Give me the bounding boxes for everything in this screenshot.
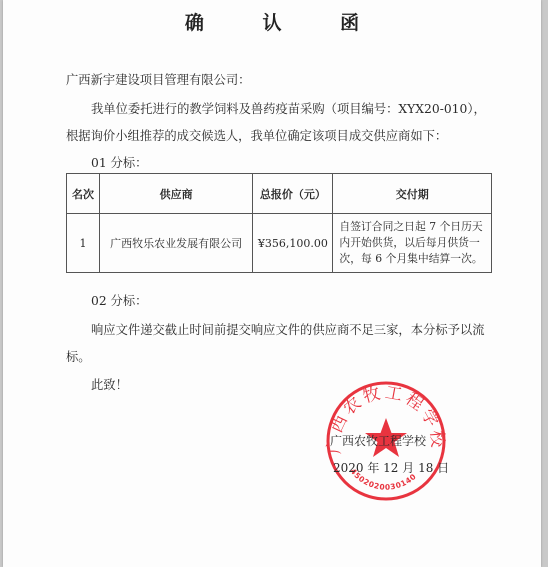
- addressee: 广西新宇建设项目管理有限公司：: [66, 70, 250, 88]
- intro-paragraph-line-2: 根据询价小组推荐的成交候选人，我单位确定该项目成交供应商如下：: [66, 126, 447, 144]
- signature-date: 2020 年 12 月 18 日: [333, 459, 449, 476]
- table-row: 1 广西牧乐农业发展有限公司 ¥356,100.00 自签订合同之日起 7 个日…: [67, 214, 492, 273]
- lot2-paragraph-line-1: 响应文件递交截止时间前提交响应文件的供应商不足三家，本分标予以流: [91, 320, 485, 338]
- lot2-paragraph-line-2: 标。: [66, 347, 91, 365]
- cell-supplier: 广西牧乐农业发展有限公司: [99, 214, 253, 273]
- header-total-price: 总报价（元）: [253, 174, 333, 214]
- intro-paragraph-line-1: 我单位委托进行的教学饲料及兽药疫苗采购（项目编号：XYX20-010），: [91, 99, 486, 117]
- table-header-row: 名次 供应商 总报价（元） 交付期: [67, 174, 492, 214]
- lot2-heading: 02 分标：: [91, 291, 147, 309]
- header-delivery: 交付期: [333, 174, 492, 214]
- lot1-heading: 01 分标：: [91, 153, 147, 171]
- header-rank: 名次: [67, 174, 100, 214]
- award-table: 名次 供应商 总报价（元） 交付期 1 广西牧乐农业发展有限公司 ¥356,10…: [66, 173, 492, 273]
- document-page: 确 认 函 广西新宇建设项目管理有限公司： 我单位委托进行的教学饲料及兽药疫苗采…: [3, 0, 541, 567]
- closing: 此致！: [91, 375, 128, 393]
- cell-delivery: 自签订合同之日起 7 个日历天内开始供货，以后每月供货一次，每 6 个月集中结算…: [333, 214, 492, 273]
- header-supplier: 供应商: [99, 174, 253, 214]
- signer-name: 广西农牧工程学校: [330, 432, 426, 449]
- cell-rank: 1: [67, 214, 100, 273]
- cell-total-price: ¥356,100.00: [253, 214, 333, 273]
- page-title: 确 认 函: [3, 8, 541, 35]
